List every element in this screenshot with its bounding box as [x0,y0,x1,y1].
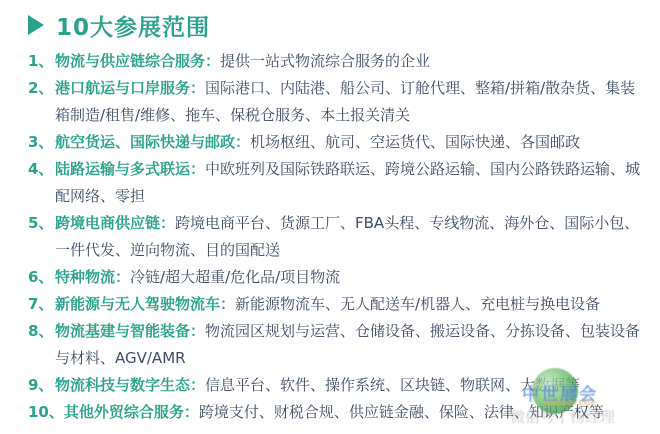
item-category-label: 航空货运、国际快递与邮政： [55,133,250,151]
list-item: 7、 新能源与无人驾驶物流车：新能源物流车、无人配送车/机器人、充电桩与换电设备 [28,291,650,318]
item-category-label: 物流科技与数字生态： [55,376,205,394]
item-category-label: 其他外贸综合服务： [64,403,199,421]
page-title: 10大参展范围 [56,9,210,42]
item-text: 物流科技与数字生态：信息平台、软件、操作系统、区块链、物联网、大数据等 [55,372,580,399]
item-number: 8、 [28,318,55,345]
item-number: 1、 [28,48,55,75]
item-category-label: 物流基建与智能装备： [55,322,205,340]
item-category-label: 特种物流： [55,268,130,286]
item-number: 5、 [28,210,55,237]
list-item: 10、 其他外贸综合服务：跨境支付、财税合规、供应链金融、保险、法律、知识产权等 [28,399,650,426]
item-description: 机场枢纽、航司、空运货代、国际快递、各国邮政 [250,133,580,151]
item-text: 其他外贸综合服务：跨境支付、财税合规、供应链金融、保险、法律、知识产权等 [64,399,604,426]
list-item: 9、 物流科技与数字生态：信息平台、软件、操作系统、区块链、物联网、大数据等 [28,372,650,399]
item-text: 物流基建与智能装备：物流园区规划与运营、仓储设备、搬运设备、分拣设备、包装设备与… [55,318,650,372]
item-category-label: 物流与供应链综合服务： [55,52,220,70]
item-description: 提供一站式物流综合服务的企业 [220,52,430,70]
page-title-row: 10大参展范围 [28,8,650,42]
item-text: 特种物流：冷链/超大超重/危化品/项目物流 [55,264,340,291]
list-item: 6、 特种物流：冷链/超大超重/危化品/项目物流 [28,264,650,291]
item-category-label: 陆路运输与多式联运： [55,160,205,178]
list-item: 8、 物流基建与智能装备：物流园区规划与运营、仓储设备、搬运设备、分拣设备、包装… [28,318,650,372]
item-description: 信息平台、软件、操作系统、区块链、物联网、大数据等 [205,376,580,394]
item-category-label: 新能源与无人驾驶物流车： [55,295,235,313]
item-number: 6、 [28,264,55,291]
item-number: 7、 [28,291,55,318]
flyer-page: 10大参展范围 1、 物流与供应链综合服务：提供一站式物流综合服务的企业 2、 … [0,0,660,434]
play-triangle-icon [28,15,44,35]
item-description: 跨境支付、财税合规、供应链金融、保险、法律、知识产权等 [199,403,604,421]
item-text: 新能源与无人驾驶物流车：新能源物流车、无人配送车/机器人、充电桩与换电设备 [55,291,600,318]
item-text: 陆路运输与多式联运：中欧班列及国际铁路联运、跨境公路运输、国内公路铁路运输、城配… [55,156,650,210]
item-text: 物流与供应链综合服务：提供一站式物流综合服务的企业 [55,48,430,75]
list-item: 3、 航空货运、国际快递与邮政：机场枢纽、航司、空运货代、国际快递、各国邮政 [28,129,650,156]
item-number: 10、 [28,399,64,426]
list-item: 2、 港口航运与口岸服务：国际港口、内陆港、船公司、订舱代理、整箱/拼箱/散杂货… [28,75,650,129]
item-text: 港口航运与口岸服务：国际港口、内陆港、船公司、订舱代理、整箱/拼箱/散杂货、集装… [55,75,650,129]
list-item: 4、 陆路运输与多式联运：中欧班列及国际铁路联运、跨境公路运输、国内公路铁路运输… [28,156,650,210]
list-item: 1、 物流与供应链综合服务：提供一站式物流综合服务的企业 [28,48,650,75]
item-category-label: 跨境电商供应链： [55,214,175,232]
item-number: 4、 [28,156,55,183]
item-description: 冷链/超大超重/危化品/项目物流 [130,268,340,286]
item-number: 9、 [28,372,55,399]
scope-list: 1、 物流与供应链综合服务：提供一站式物流综合服务的企业 2、 港口航运与口岸服… [28,48,650,426]
item-description: 新能源物流车、无人配送车/机器人、充电桩与换电设备 [235,295,600,313]
list-item: 5、 跨境电商供应链：跨境电商平台、货源工厂、FBA头程、专线物流、海外仓、国际… [28,210,650,264]
item-category-label: 港口航运与口岸服务： [55,79,205,97]
item-number: 2、 [28,75,55,102]
item-number: 3、 [28,129,55,156]
item-text: 跨境电商供应链：跨境电商平台、货源工厂、FBA头程、专线物流、海外仓、国际小包、… [55,210,650,264]
item-text: 航空货运、国际快递与邮政：机场枢纽、航司、空运货代、国际快递、各国邮政 [55,129,580,156]
